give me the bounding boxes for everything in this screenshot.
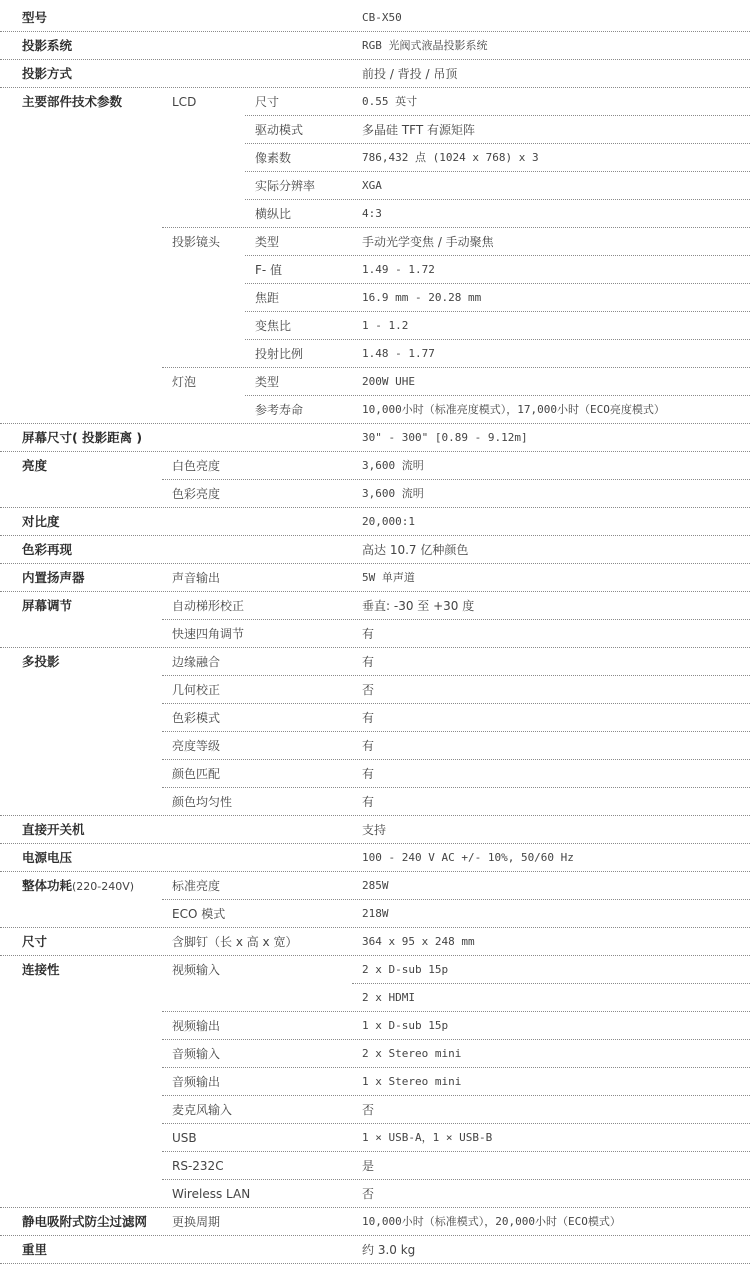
- spec-row: 麦克风输入否: [0, 1096, 750, 1124]
- spec-value: 1 x D-sub 15p: [362, 1012, 448, 1040]
- row-divider: [0, 1263, 750, 1264]
- spec-group: 颜色匹配: [172, 760, 220, 788]
- spec-value: 100 - 240 V AC +/- 10%, 50/60 Hz: [362, 844, 574, 872]
- spec-row: 连接性视频输入2 x D-sub 15p: [0, 956, 750, 984]
- spec-row: RS-232C是: [0, 1152, 750, 1180]
- spec-group: 亮度等级: [172, 732, 220, 760]
- spec-group: 白色亮度: [172, 452, 220, 480]
- spec-group: 音频输入: [172, 1040, 220, 1068]
- spec-category-note: (220-240V): [72, 880, 134, 893]
- spec-row: 尺寸含脚钉（长 x 高 x 宽）364 x 95 x 248 mm: [0, 928, 750, 956]
- spec-row: 音频输出1 x Stereo mini: [0, 1068, 750, 1096]
- spec-group: 麦克风输入: [172, 1096, 232, 1124]
- spec-item: 尺寸: [255, 88, 279, 116]
- spec-row: 亮度等级有: [0, 732, 750, 760]
- spec-row: 主要部件技术参数LCD尺寸0.55 英寸: [0, 88, 750, 116]
- spec-value: 786,432 点 (1024 x 768) x 3: [362, 144, 539, 172]
- spec-value: 16.9 mm - 20.28 mm: [362, 284, 481, 312]
- spec-category: 亮度: [22, 452, 47, 480]
- spec-value: 30" - 300" [0.89 - 9.12m]: [362, 424, 528, 452]
- spec-value: 否: [362, 676, 374, 704]
- spec-group: 视频输入: [172, 956, 220, 984]
- spec-category: 连接性: [22, 956, 60, 984]
- spec-group: USB: [172, 1124, 197, 1152]
- spec-row: 亮度白色亮度3,600 流明: [0, 452, 750, 480]
- spec-item: 类型: [255, 228, 279, 256]
- spec-category: 屏幕调节: [22, 592, 72, 620]
- spec-item: 横纵比: [255, 200, 291, 228]
- spec-row: 投影方式前投 / 背投 / 吊顶: [0, 60, 750, 88]
- spec-item: 变焦比: [255, 312, 291, 340]
- spec-row: 音频输入2 x Stereo mini: [0, 1040, 750, 1068]
- spec-group: 边缘融合: [172, 648, 220, 676]
- spec-category: 重里: [22, 1236, 47, 1264]
- spec-value: 2 x HDMI: [362, 984, 415, 1012]
- spec-value: 5W 单声道: [362, 564, 415, 592]
- spec-group: 音频输出: [172, 1068, 220, 1096]
- spec-value: 否: [362, 1180, 374, 1208]
- spec-row: 焦距16.9 mm - 20.28 mm: [0, 284, 750, 312]
- spec-category: 多投影: [22, 648, 60, 676]
- spec-row: ECO 模式218W: [0, 900, 750, 928]
- spec-row: 重里约 3.0 kg: [0, 1236, 750, 1264]
- spec-value: 高达 10.7 亿种颜色: [362, 536, 468, 564]
- spec-category: 型号: [22, 4, 47, 32]
- spec-group: 含脚钉（长 x 高 x 宽）: [172, 928, 297, 956]
- spec-row: 整体功耗(220-240V)标准亮度285W: [0, 872, 750, 900]
- spec-row: F- 值1.49 - 1.72: [0, 256, 750, 284]
- spec-category: 主要部件技术参数: [22, 88, 122, 116]
- spec-row: 投影镜头类型手动光学变焦 / 手动聚焦: [0, 228, 750, 256]
- spec-table: 型号CB-X50投影系统RGB 光阀式液晶投影系统投影方式前投 / 背投 / 吊…: [0, 0, 750, 1264]
- spec-category: 投影系统: [22, 32, 72, 60]
- spec-category: 尺寸: [22, 928, 47, 956]
- spec-item: 投射比例: [255, 340, 303, 368]
- spec-row: 颜色均匀性有: [0, 788, 750, 816]
- spec-value: XGA: [362, 172, 382, 200]
- spec-value: 有: [362, 648, 374, 676]
- spec-value: 多晶硅 TFT 有源矩阵: [362, 116, 475, 144]
- spec-row: 投射比例1.48 - 1.77: [0, 340, 750, 368]
- spec-row: 视频输出1 x D-sub 15p: [0, 1012, 750, 1040]
- spec-row: 色彩模式有: [0, 704, 750, 732]
- spec-category: 屏幕尺寸( 投影距离 ): [22, 424, 142, 452]
- spec-value: 285W: [362, 872, 389, 900]
- spec-value: 1 × USB-A，1 × USB-B: [362, 1124, 492, 1152]
- spec-category: 电源电压: [22, 844, 72, 872]
- spec-value: 1.49 - 1.72: [362, 256, 435, 284]
- spec-row: 型号CB-X50: [0, 4, 750, 32]
- spec-item: 实际分辨率: [255, 172, 315, 200]
- spec-value: 有: [362, 760, 374, 788]
- spec-value: 3,600 流明: [362, 480, 424, 508]
- spec-value: 20,000:1: [362, 508, 415, 536]
- spec-value: 218W: [362, 900, 389, 928]
- spec-row: 2 x HDMI: [0, 984, 750, 1012]
- spec-value: 0.55 英寸: [362, 88, 417, 116]
- spec-group: 色彩亮度: [172, 480, 220, 508]
- spec-group: LCD: [172, 88, 196, 116]
- spec-group: 视频输出: [172, 1012, 220, 1040]
- spec-value: 3,600 流明: [362, 452, 424, 480]
- spec-category: 对比度: [22, 508, 60, 536]
- spec-value: 有: [362, 732, 374, 760]
- spec-value: 有: [362, 704, 374, 732]
- spec-value: 364 x 95 x 248 mm: [362, 928, 475, 956]
- spec-category: 静电吸附式防尘过滤网: [22, 1208, 147, 1236]
- spec-category: 投影方式: [22, 60, 72, 88]
- spec-value: 200W UHE: [362, 368, 415, 396]
- spec-item: 像素数: [255, 144, 291, 172]
- spec-value: 1 - 1.2: [362, 312, 408, 340]
- spec-value: 10,000小时（标准亮度模式），17,000小时（ECO亮度模式）: [362, 396, 665, 424]
- spec-item: 类型: [255, 368, 279, 396]
- spec-value: 1.48 - 1.77: [362, 340, 435, 368]
- spec-row: 投影系统RGB 光阀式液晶投影系统: [0, 32, 750, 60]
- spec-value: CB-X50: [362, 4, 402, 32]
- spec-row: 色彩亮度3,600 流明: [0, 480, 750, 508]
- spec-row: 变焦比1 - 1.2: [0, 312, 750, 340]
- spec-row: 屏幕调节自动梯形校正垂直: -30 至 +30 度: [0, 592, 750, 620]
- spec-row: 像素数786,432 点 (1024 x 768) x 3: [0, 144, 750, 172]
- spec-row: 实际分辨率XGA: [0, 172, 750, 200]
- spec-group: Wireless LAN: [172, 1180, 250, 1208]
- spec-value: RGB 光阀式液晶投影系统: [362, 32, 488, 60]
- spec-group: 颜色均匀性: [172, 788, 232, 816]
- spec-item: F- 值: [255, 256, 282, 284]
- spec-value: 手动光学变焦 / 手动聚焦: [362, 228, 494, 256]
- spec-row: 内置扬声器声音输出5W 单声道: [0, 564, 750, 592]
- spec-row: 直接开关机支持: [0, 816, 750, 844]
- spec-row: 快速四角调节有: [0, 620, 750, 648]
- spec-row: Wireless LAN否: [0, 1180, 750, 1208]
- spec-group: ECO 模式: [172, 900, 225, 928]
- spec-value: 否: [362, 1096, 374, 1124]
- spec-row: 几何校正否: [0, 676, 750, 704]
- spec-row: USB1 × USB-A，1 × USB-B: [0, 1124, 750, 1152]
- spec-group: 自动梯形校正: [172, 592, 244, 620]
- spec-category: 整体功耗(220-240V): [22, 872, 134, 900]
- spec-value: 2 x Stereo mini: [362, 1040, 461, 1068]
- spec-group: 更换周期: [172, 1208, 220, 1236]
- spec-group: 投影镜头: [172, 228, 220, 256]
- spec-row: 色彩再现高达 10.7 亿种颜色: [0, 536, 750, 564]
- spec-item: 驱动模式: [255, 116, 303, 144]
- spec-group: RS-232C: [172, 1152, 224, 1180]
- spec-row: 横纵比4:3: [0, 200, 750, 228]
- spec-value: 有: [362, 788, 374, 816]
- spec-row: 多投影边缘融合有: [0, 648, 750, 676]
- spec-value: 4:3: [362, 200, 382, 228]
- spec-row: 参考寿命10,000小时（标准亮度模式），17,000小时（ECO亮度模式）: [0, 396, 750, 424]
- spec-row: 驱动模式多晶硅 TFT 有源矩阵: [0, 116, 750, 144]
- spec-value: 10,000小时（标准模式），20,000小时（ECO模式）: [362, 1208, 621, 1236]
- spec-item: 参考寿命: [255, 396, 303, 424]
- spec-value: 2 x D-sub 15p: [362, 956, 448, 984]
- spec-row: 对比度20,000:1: [0, 508, 750, 536]
- spec-item: 焦距: [255, 284, 279, 312]
- spec-row: 静电吸附式防尘过滤网更换周期10,000小时（标准模式），20,000小时（EC…: [0, 1208, 750, 1236]
- spec-value: 前投 / 背投 / 吊顶: [362, 60, 457, 88]
- spec-value: 垂直: -30 至 +30 度: [362, 592, 474, 620]
- spec-category: 直接开关机: [22, 816, 85, 844]
- spec-value: 支持: [362, 816, 386, 844]
- spec-group: 快速四角调节: [172, 620, 244, 648]
- spec-value: 1 x Stereo mini: [362, 1068, 461, 1096]
- spec-row: 灯泡类型200W UHE: [0, 368, 750, 396]
- spec-row: 颜色匹配有: [0, 760, 750, 788]
- spec-value: 是: [362, 1152, 374, 1180]
- spec-group: 标准亮度: [172, 872, 220, 900]
- spec-row: 电源电压100 - 240 V AC +/- 10%, 50/60 Hz: [0, 844, 750, 872]
- spec-category-label: 整体功耗: [22, 878, 72, 893]
- spec-value: 有: [362, 620, 374, 648]
- spec-group: 灯泡: [172, 368, 196, 396]
- spec-row: 屏幕尺寸( 投影距离 )30" - 300" [0.89 - 9.12m]: [0, 424, 750, 452]
- spec-value: 约 3.0 kg: [362, 1236, 415, 1264]
- spec-group: 声音输出: [172, 564, 220, 592]
- spec-category: 色彩再现: [22, 536, 72, 564]
- spec-group: 几何校正: [172, 676, 220, 704]
- spec-category: 内置扬声器: [22, 564, 85, 592]
- spec-group: 色彩模式: [172, 704, 220, 732]
